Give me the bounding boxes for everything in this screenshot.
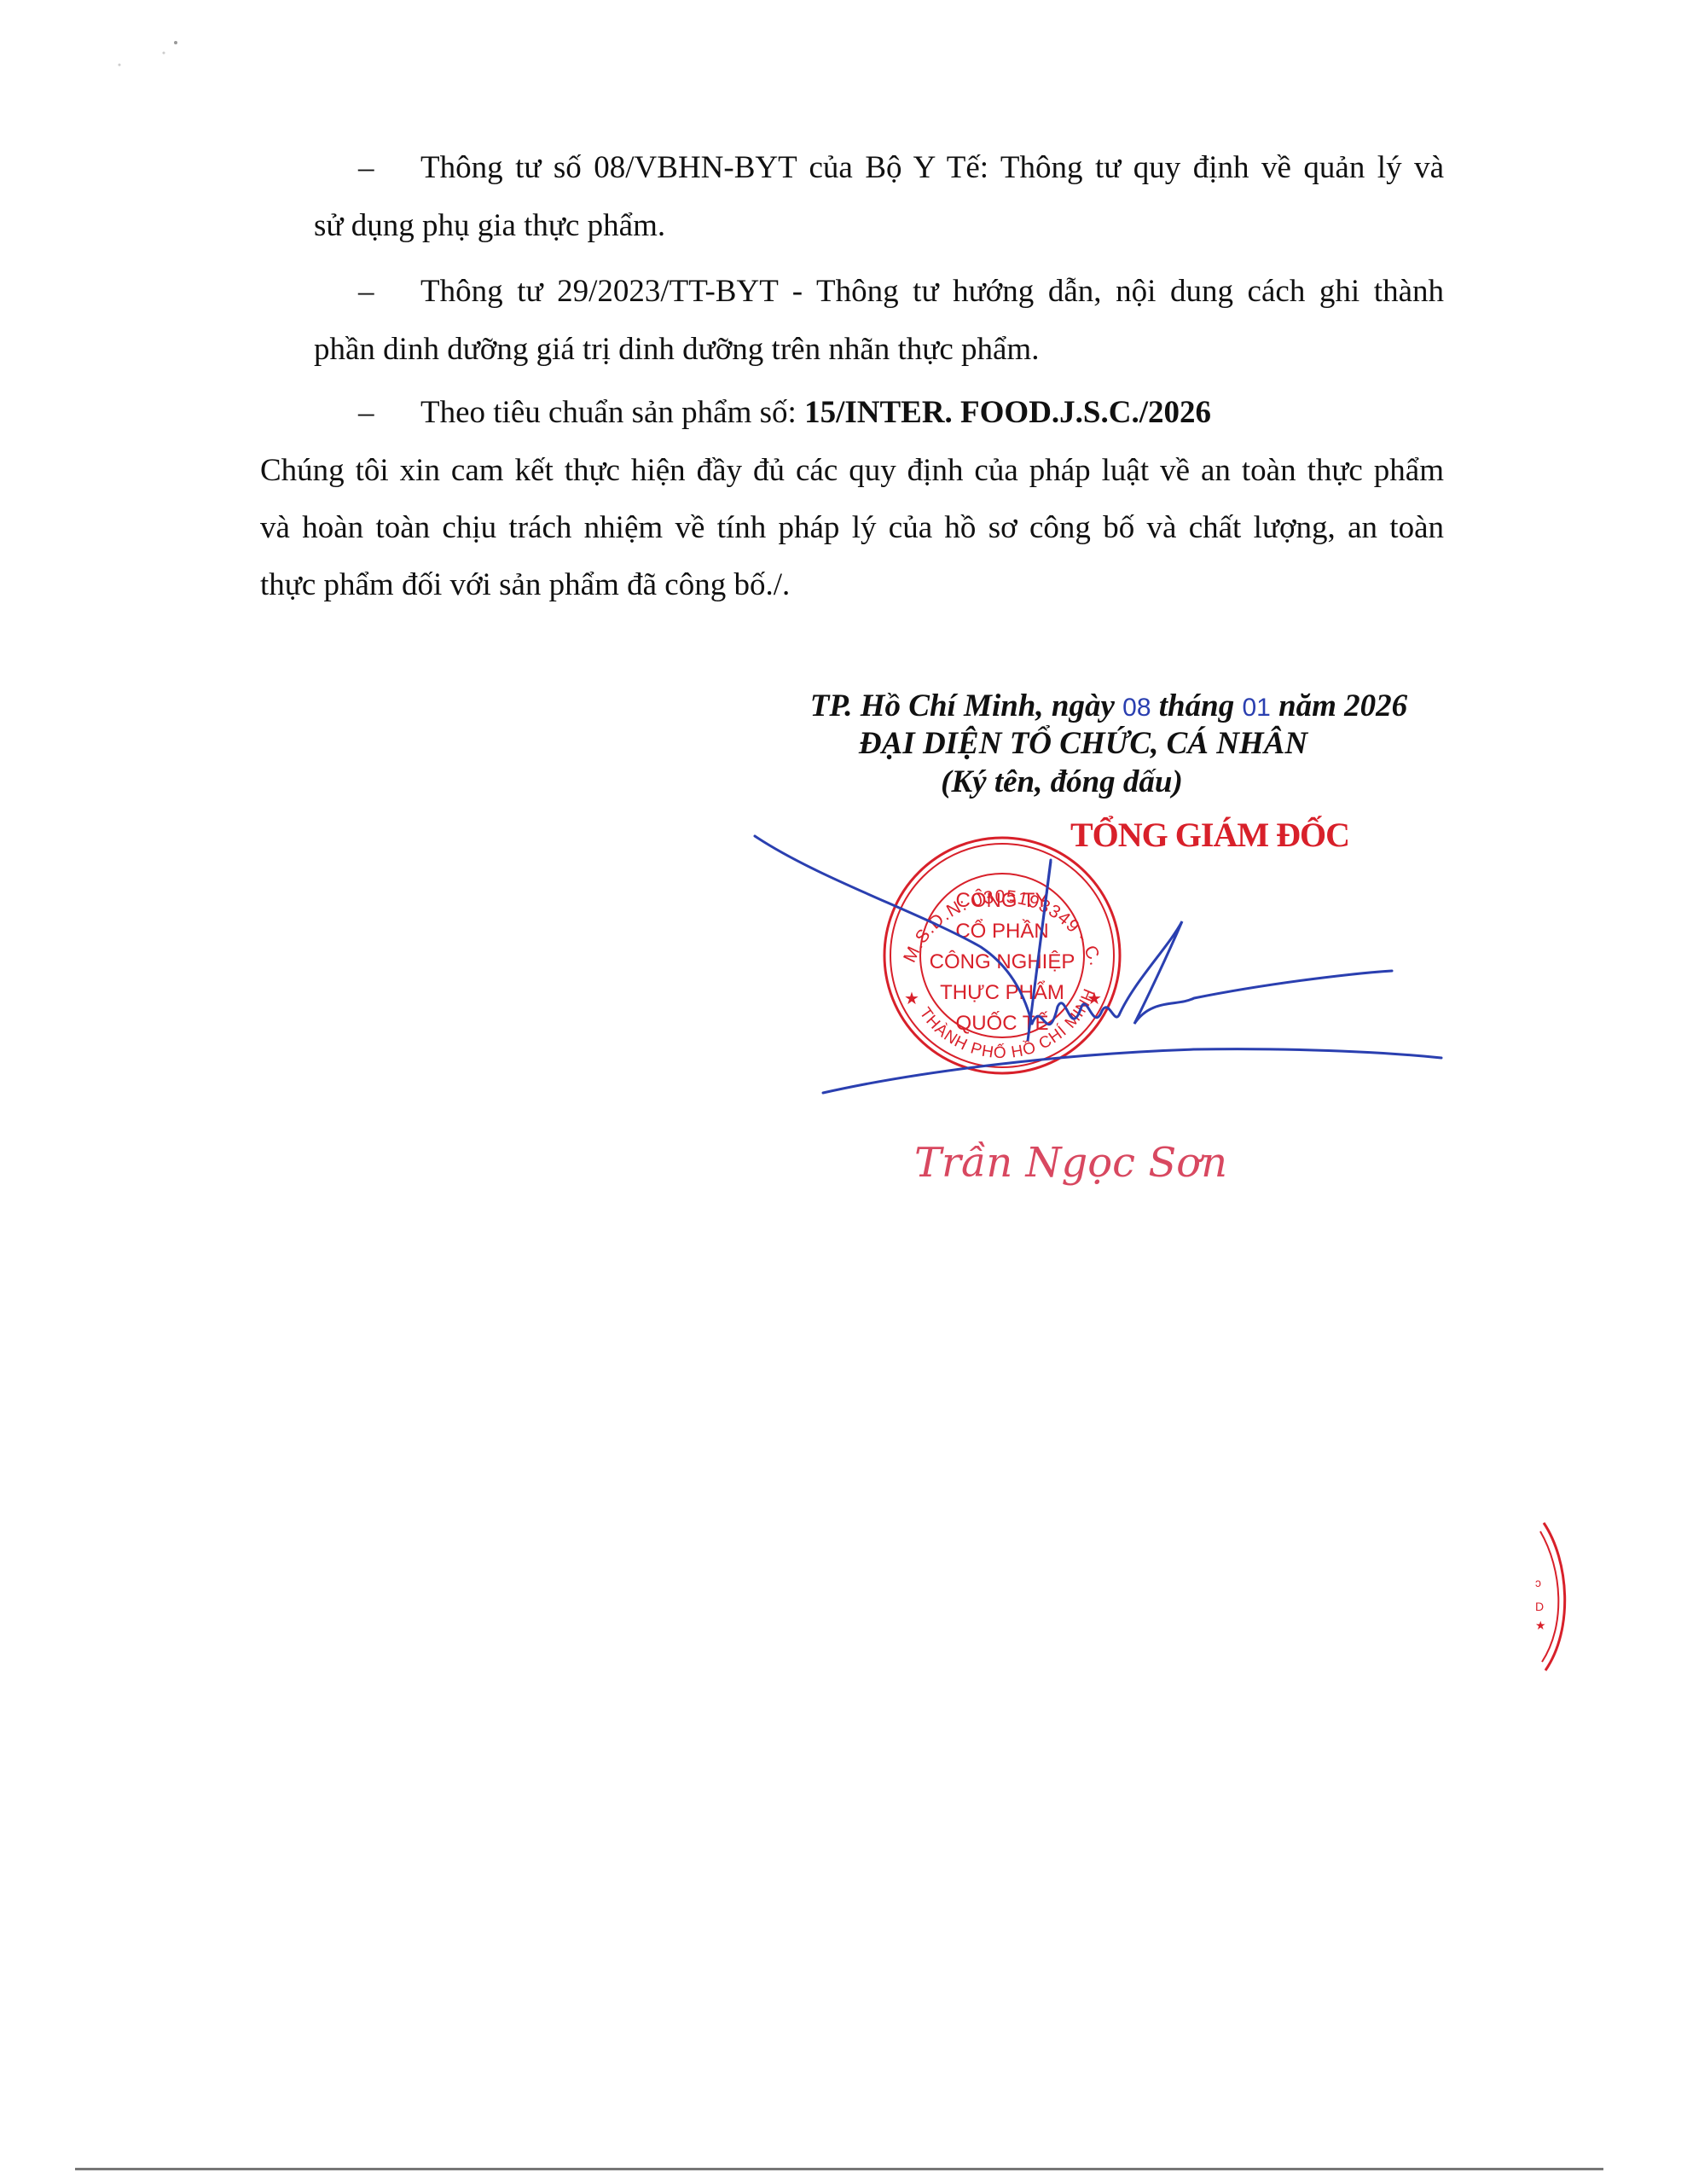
standard-prefix: Theo tiêu chuẩn sản phẩm số: xyxy=(420,395,804,430)
svg-text:★: ★ xyxy=(1535,1620,1546,1633)
footer-rule xyxy=(75,2168,1603,2170)
bullet-marker: – xyxy=(358,394,374,432)
month-label: tháng xyxy=(1151,688,1243,723)
svg-text:QUỐC TẾ: QUỐC TẾ xyxy=(956,1011,1049,1035)
commitment-line-1: Chúng tôi xin cam kết thực hiện đầy đủ c… xyxy=(260,452,1444,490)
bullet-2-line-2: phần dinh dưỡng giá trị dinh dưỡng trên … xyxy=(314,331,1039,369)
scan-speck xyxy=(111,34,179,68)
signer-name: Trần Ngọc Sơn xyxy=(914,1139,1227,1187)
svg-text:★: ★ xyxy=(904,990,919,1008)
representative-title: ĐẠI DIỆN TỔ CHỨC, CÁ NHÂN xyxy=(657,725,1510,763)
svg-text:CÔNG TY: CÔNG TY xyxy=(956,888,1049,912)
company-stamp: M.S.D.N: 0305193349 - C.T.C.P THÀNH PHỐ … xyxy=(878,832,1126,1079)
svg-text:CÔNG NGHIỆP: CÔNG NGHIỆP xyxy=(930,950,1075,973)
sign-instruction: (Ký tên, đóng dấu) xyxy=(635,764,1488,801)
svg-text:★: ★ xyxy=(1087,990,1102,1008)
place-date: TP. Hồ Chí Minh, ngày 08 tháng 01 năm 20… xyxy=(682,688,1535,727)
svg-text:D: D xyxy=(1535,1600,1544,1613)
standard-code: 15/INTER. FOOD.J.S.C./2026 xyxy=(804,395,1211,430)
place-prefix: TP. Hồ Chí Minh, ngày xyxy=(810,688,1122,723)
bullet-3-text: Theo tiêu chuẩn sản phẩm số: 15/INTER. F… xyxy=(420,394,1211,432)
year-label: năm 2026 xyxy=(1271,688,1407,723)
svg-text:THỰC PHẨM: THỰC PHẨM xyxy=(940,980,1064,1004)
handwritten-month: 01 xyxy=(1242,694,1270,722)
signature-strokes xyxy=(0,0,1687,2184)
handwritten-day: 08 xyxy=(1122,694,1151,722)
bullet-1-line-2: sử dụng phụ gia thực phẩm. xyxy=(314,207,665,245)
bullet-marker: – xyxy=(358,149,374,187)
bullet-2-line-1: Thông tư 29/2023/TT-BYT - Thông tư hướng… xyxy=(420,273,1444,311)
bullet-marker: – xyxy=(358,273,374,311)
svg-text:CỔ PHẦN: CỔ PHẦN xyxy=(955,919,1048,943)
svg-text:ↄ: ↄ xyxy=(1535,1576,1541,1589)
commitment-line-3: thực phẩm đối với sản phẩm đã công bố./. xyxy=(260,566,790,604)
edge-seal-fragment: ↄ D ★ xyxy=(1535,1519,1586,1672)
commitment-line-2: và hoàn toàn chịu trách nhiệm về tính ph… xyxy=(260,509,1444,547)
bullet-1-line-1: Thông tư số 08/VBHN-BYT của Bộ Y Tế: Thô… xyxy=(420,149,1444,187)
